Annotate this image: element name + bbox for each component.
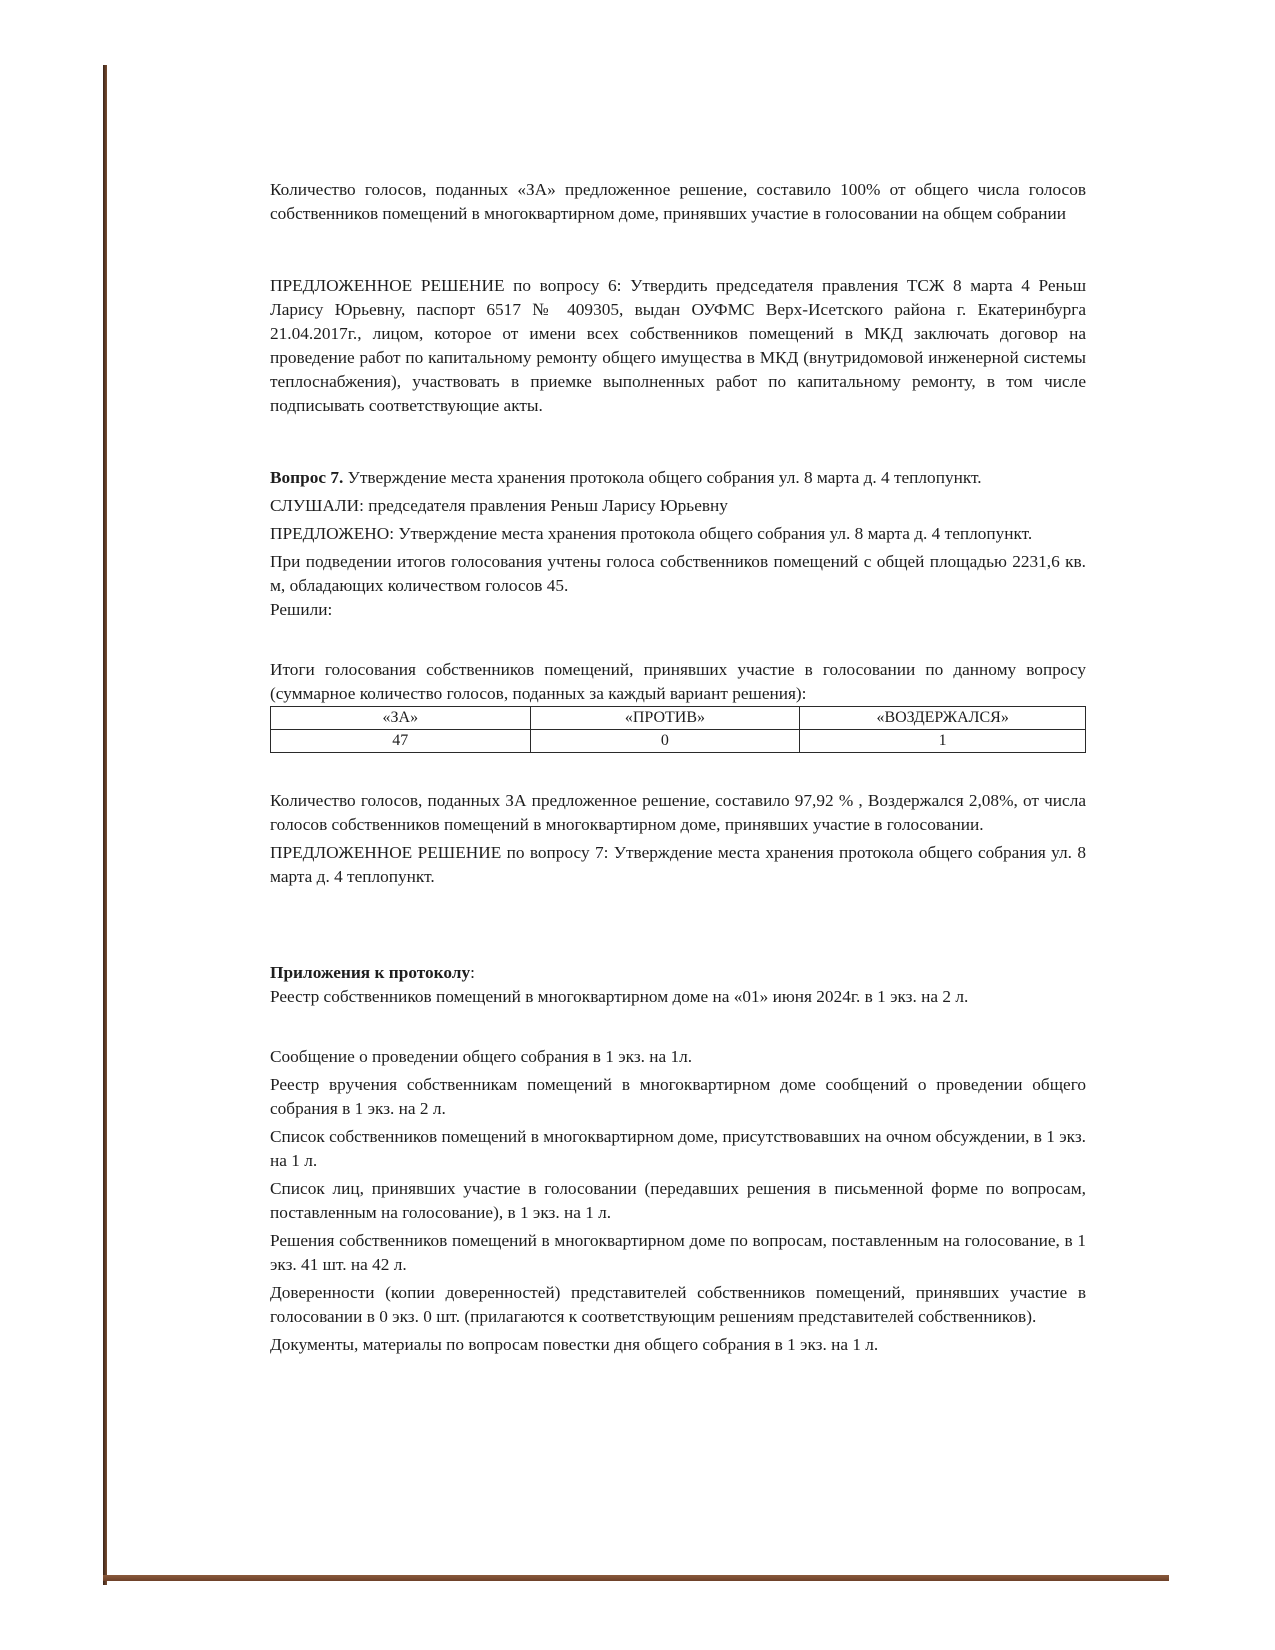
document-page: Количество голосов, поданных «ЗА» предло… [270, 178, 1086, 1361]
annex-item: Список лиц, принявших участие в голосова… [270, 1177, 1086, 1225]
header-for: «ЗА» [271, 707, 531, 730]
annex-item: Решения собственников помещений в многок… [270, 1229, 1086, 1277]
question7-heard: СЛУШАЛИ: председателя правления Реньш Ла… [270, 494, 1086, 518]
annex-item: Документы, материалы по вопросам повестк… [270, 1333, 1086, 1357]
header-abstained: «ВОЗДЕРЖАЛСЯ» [800, 707, 1086, 730]
annex-item: Список собственников помещений в многокв… [270, 1125, 1086, 1173]
page-edge-bottom [103, 1575, 1169, 1581]
annex-item: Сообщение о проведении общего собрания в… [270, 1045, 1086, 1069]
annex-item: Доверенности (копии доверенностей) предс… [270, 1281, 1086, 1329]
question7-heading: Вопрос 7. Утверждение места хранения про… [270, 466, 1086, 490]
annexes-heading: Приложения к протоколу: [270, 961, 1086, 985]
question6-vote-result: Количество голосов, поданных «ЗА» предло… [270, 178, 1086, 226]
vote-results-table: «ЗА» «ПРОТИВ» «ВОЗДЕРЖАЛСЯ» 47 0 1 [270, 706, 1086, 753]
question7-vote-result: Количество голосов, поданных ЗА предложе… [270, 789, 1086, 837]
question7-title: Утверждение места хранения протокола общ… [343, 468, 981, 487]
question6-proposed-decision: ПРЕДЛОЖЕННОЕ РЕШЕНИЕ по вопросу 6: Утвер… [270, 274, 1086, 418]
value-against: 0 [530, 730, 800, 753]
question7-proposed: ПРЕДЛОЖЕНО: Утверждение места хранения п… [270, 522, 1086, 546]
value-abstained: 1 [800, 730, 1086, 753]
question7-counted: При подведении итогов голосования учтены… [270, 550, 1086, 598]
header-against: «ПРОТИВ» [530, 707, 800, 730]
question7-label: Вопрос 7. [270, 468, 343, 487]
question7-decided: Решили: [270, 598, 1086, 622]
annex-list: Сообщение о проведении общего собрания в… [270, 1045, 1086, 1357]
question7-results-intro: Итоги голосования собственников помещени… [270, 658, 1086, 706]
annex-item: Реестр собственников помещений в многокв… [270, 985, 1086, 1009]
question7-proposed-decision: ПРЕДЛОЖЕННОЕ РЕШЕНИЕ по вопросу 7: Утвер… [270, 841, 1086, 889]
table-header-row: «ЗА» «ПРОТИВ» «ВОЗДЕРЖАЛСЯ» [271, 707, 1086, 730]
table-row: 47 0 1 [271, 730, 1086, 753]
annex-item: Реестр вручения собственникам помещений … [270, 1073, 1086, 1121]
value-for: 47 [271, 730, 531, 753]
page-edge-left [103, 65, 107, 1585]
